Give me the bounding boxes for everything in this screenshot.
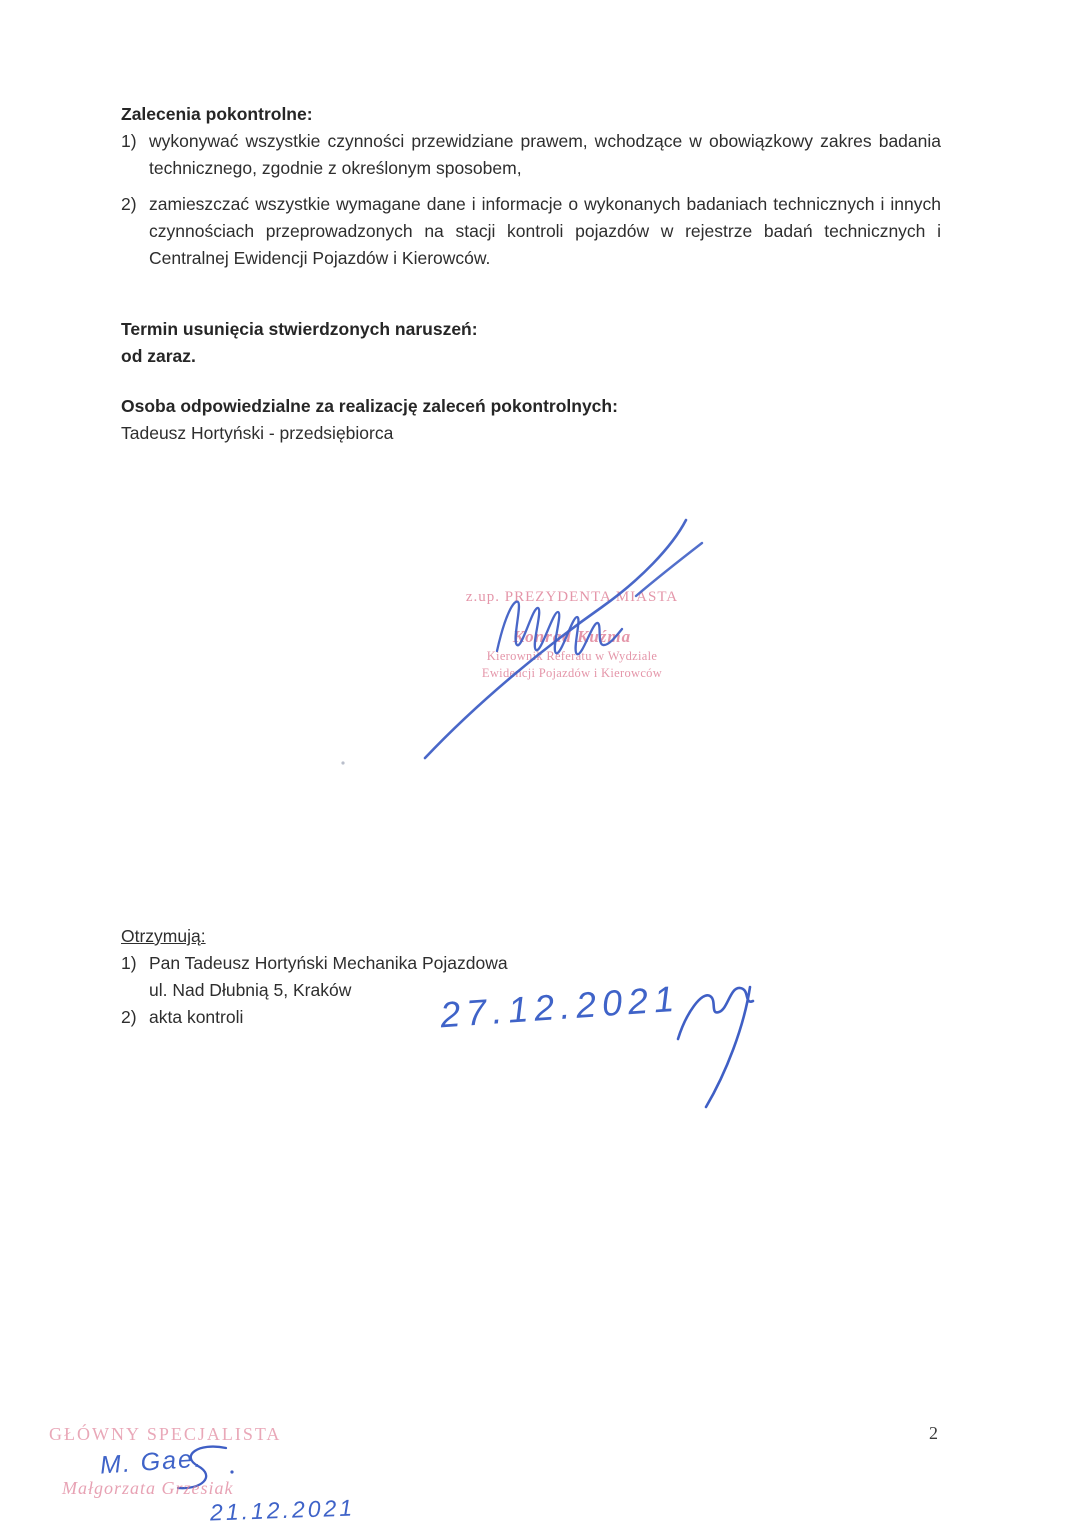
responsible-heading: Osoba odpowiedzialne za realizację zalec… bbox=[121, 393, 618, 420]
ink-dot bbox=[341, 761, 344, 764]
approval-stamp-authorization: z.up. PREZYDENTA MIASTA bbox=[452, 589, 692, 606]
recommendation-text-1: wykonywać wszystkie czynności przewidzia… bbox=[149, 128, 941, 182]
approval-stamp: z.up. PREZYDENTA MIASTA Konrad Kuźma Kie… bbox=[452, 589, 692, 681]
responsible-value: Tadeusz Hortyński - przedsiębiorca bbox=[121, 420, 393, 447]
recommendations-heading: Zalecenia pokontrolne: bbox=[121, 101, 313, 128]
recipient-item-1: 1) Pan Tadeusz Hortyński Mechanika Pojaz… bbox=[121, 950, 941, 977]
specialist-stamp-name: Małgorzata Grzesiak bbox=[62, 1478, 234, 1499]
recommendation-item-1: 1) wykonywać wszystkie czynności przewid… bbox=[121, 128, 941, 182]
handwritten-clerk-initials: M. Gae. bbox=[99, 1444, 204, 1480]
scanned-document-page: Zalecenia pokontrolne: 1) wykonywać wszy… bbox=[0, 0, 1085, 1536]
approval-stamp-title-line2: Ewidencji Pojazdów i Kierowców bbox=[452, 666, 692, 681]
deadline-heading: Termin usunięcia stwierdzonych naruszeń: bbox=[121, 316, 478, 343]
recommendation-item-2: 2) zamieszczać wszystkie wymagane dane i… bbox=[121, 191, 941, 272]
recipient-text-1: Pan Tadeusz Hortyński Mechanika Pojazdow… bbox=[149, 950, 508, 977]
page-number: 2 bbox=[929, 1423, 938, 1444]
recipient-marker-2: 2) bbox=[121, 1004, 149, 1031]
approval-stamp-title-line1: Kierownik Referatu w Wydziale bbox=[452, 649, 692, 664]
recipient-marker-1: 1) bbox=[121, 950, 149, 977]
recommendation-text-2: zamieszczać wszystkie wymagane dane i in… bbox=[149, 191, 941, 272]
deadline-value: od zaraz. bbox=[121, 343, 196, 370]
handwritten-clerk-date: 21.12.2021 bbox=[210, 1494, 356, 1526]
specialist-stamp-title: GŁÓWNY SPECJALISTA bbox=[49, 1424, 281, 1445]
list-marker-2: 2) bbox=[121, 191, 149, 272]
recipient-text-2: akta kontroli bbox=[149, 1004, 243, 1031]
approval-stamp-name: Konrad Kuźma bbox=[452, 627, 692, 647]
recipient-address-1: ul. Nad Dłubnią 5, Kraków bbox=[149, 977, 351, 1004]
list-marker-1: 1) bbox=[121, 128, 149, 182]
recipients-heading: Otrzymują: bbox=[121, 923, 206, 950]
